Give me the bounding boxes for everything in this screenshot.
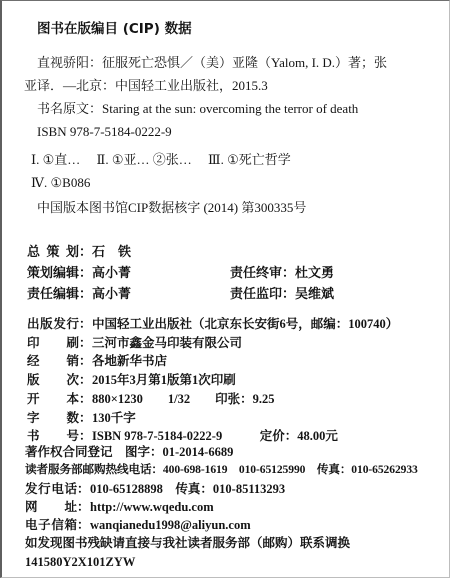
- field-value: 高小菁: [92, 265, 131, 280]
- website-row: 网址：http://www.wqedu.com: [25, 498, 445, 516]
- colon: ：: [77, 498, 90, 516]
- staff-row-chief-planner: 总策划：石 铁: [27, 241, 435, 262]
- hotline-line: 读者服务部邮购热线电话：400-698-1619 010-65125990 传真…: [25, 461, 445, 479]
- field-label: 电子信箱: [25, 516, 77, 534]
- publishing-row-printer: 印刷：三河市鑫金马印装有限公司: [27, 334, 443, 353]
- field-label: 经销: [27, 352, 79, 371]
- cip-classification-line-1: Ⅰ. ①直… Ⅱ. ①亚… ②张… Ⅲ. ①死亡哲学: [24, 148, 435, 171]
- field-value: 石 铁: [92, 244, 131, 259]
- email-address: wanqianedu1998@aliyun.com: [90, 518, 251, 532]
- field-value: 010-65128898 传真：010-85113293: [90, 482, 285, 496]
- colon: ：: [79, 409, 92, 428]
- colon: ：: [282, 265, 295, 280]
- field-label: 印刷: [27, 334, 79, 353]
- field-value: 高小菁: [92, 286, 131, 301]
- colon: ：: [79, 371, 92, 390]
- cip-catalog-entry: 直视骄阳：征服死亡恐惧／（美）亚隆（Yalom, I. D.）著；张 亚译．—北…: [24, 51, 435, 143]
- print-code-line: 141580Y2X101ZYW: [25, 553, 445, 571]
- field-label: 责任编辑: [27, 283, 79, 304]
- colon: ：: [79, 352, 92, 371]
- field-label: 责任监印: [230, 286, 282, 301]
- staff-section: 总策划：石 铁 策划编辑：高小菁 责任终审：杜文勇 责任编辑：高小菁 责任监印：…: [27, 241, 435, 304]
- colon: ：: [282, 286, 295, 301]
- field-label: 发行电话: [25, 480, 77, 498]
- website-url: http://www.wqedu.com: [90, 500, 214, 514]
- copyright-registration-line: 著作权合同登记 图字：01-2014-6689: [25, 443, 445, 461]
- field-label: 出版发行: [27, 315, 79, 334]
- field-label: 策划编辑: [27, 262, 79, 283]
- publishing-row-distributor: 经销：各地新华书店: [27, 352, 443, 371]
- exchange-notice-line: 如发现图书残缺请直接与我社读者服务部（邮购）联系调换: [25, 534, 445, 552]
- field-label: 网址: [25, 498, 77, 516]
- publishing-section: 出版发行：中国轻工业出版社（北京东长安街6号，邮编：100740） 印刷：三河市…: [27, 315, 443, 446]
- publishing-row-word-count: 字数：130千字: [27, 409, 443, 428]
- publishing-row-edition: 版次：2015年3月第1版第1次印刷: [27, 371, 443, 390]
- cip-classification: Ⅰ. ①直… Ⅱ. ①亚… ②张… Ⅲ. ①死亡哲学 Ⅳ. ①B086: [24, 148, 435, 194]
- cip-isbn: ISBN 978-7-5184-0222-9: [24, 120, 435, 143]
- email-row: 电子信箱：wanqianedu1998@aliyun.com: [25, 516, 445, 534]
- colon: ：: [79, 334, 92, 353]
- field-value: 130千字: [92, 411, 136, 425]
- cip-registry-number: 中国版本图书馆CIP数据核字 (2014) 第300335号: [24, 197, 435, 219]
- publishing-row-publisher: 出版发行：中国轻工业出版社（北京东长安街6号，邮编：100740）: [27, 315, 443, 334]
- publishing-row-format: 开本：880×1230 1/32 印张：9.25: [27, 390, 443, 409]
- field-value: 880×1230 1/32 印张：9.25: [92, 392, 274, 406]
- field-label: 责任终审: [230, 265, 282, 280]
- field-value: ISBN 978-7-5184-0222-9 定价：48.00元: [92, 429, 338, 443]
- contact-section: 著作权合同登记 图字：01-2014-6689 读者服务部邮购热线电话：400-…: [25, 443, 445, 571]
- copyright-page: 图书在版编目 (CIP) 数据 直视骄阳：征服死亡恐惧／（美）亚隆（Yalom,…: [0, 0, 450, 578]
- staff-right-column: 责任终审：杜文勇: [230, 262, 334, 283]
- colon: ：: [77, 516, 90, 534]
- field-label: 总策划: [27, 241, 79, 262]
- cip-classification-line-2: Ⅳ. ①B086: [24, 171, 435, 194]
- staff-row-responsible-editor: 责任编辑：高小菁 责任监印：吴维斌: [27, 283, 435, 304]
- field-label: 字数: [27, 409, 79, 428]
- field-value: 吴维斌: [295, 286, 334, 301]
- colon: ：: [79, 283, 92, 304]
- field-value: 各地新华书店: [92, 354, 167, 368]
- cip-entry-line-2: 亚译．—北京：中国轻工业出版社，2015.3: [24, 74, 435, 97]
- distribution-phone-row: 发行电话：010-65128898 传真：010-85113293: [25, 480, 445, 498]
- colon: ：: [79, 315, 92, 334]
- staff-row-planning-editor: 策划编辑：高小菁 责任终审：杜文勇: [27, 262, 435, 283]
- field-value: 杜文勇: [295, 265, 334, 280]
- colon: ：: [79, 390, 92, 409]
- colon: ：: [79, 241, 92, 262]
- staff-right-column: 责任监印：吴维斌: [230, 283, 334, 304]
- field-label: 版次: [27, 371, 79, 390]
- field-label: 开本: [27, 390, 79, 409]
- field-value: 中国轻工业出版社（北京东长安街6号，邮编：100740）: [92, 317, 398, 331]
- colon: ：: [77, 480, 90, 498]
- cip-section: 图书在版编目 (CIP) 数据 直视骄阳：征服死亡恐惧／（美）亚隆（Yalom,…: [24, 19, 435, 219]
- field-value: 2015年3月第1版第1次印刷: [92, 373, 236, 387]
- cip-heading: 图书在版编目 (CIP) 数据: [37, 19, 435, 39]
- cip-original-title: 书名原文：Staring at the sun: overcoming the …: [24, 97, 435, 120]
- colon: ：: [79, 262, 92, 283]
- field-value: 三河市鑫金马印装有限公司: [92, 336, 242, 350]
- cip-entry-line-1: 直视骄阳：征服死亡恐惧／（美）亚隆（Yalom, I. D.）著；张: [24, 51, 435, 74]
